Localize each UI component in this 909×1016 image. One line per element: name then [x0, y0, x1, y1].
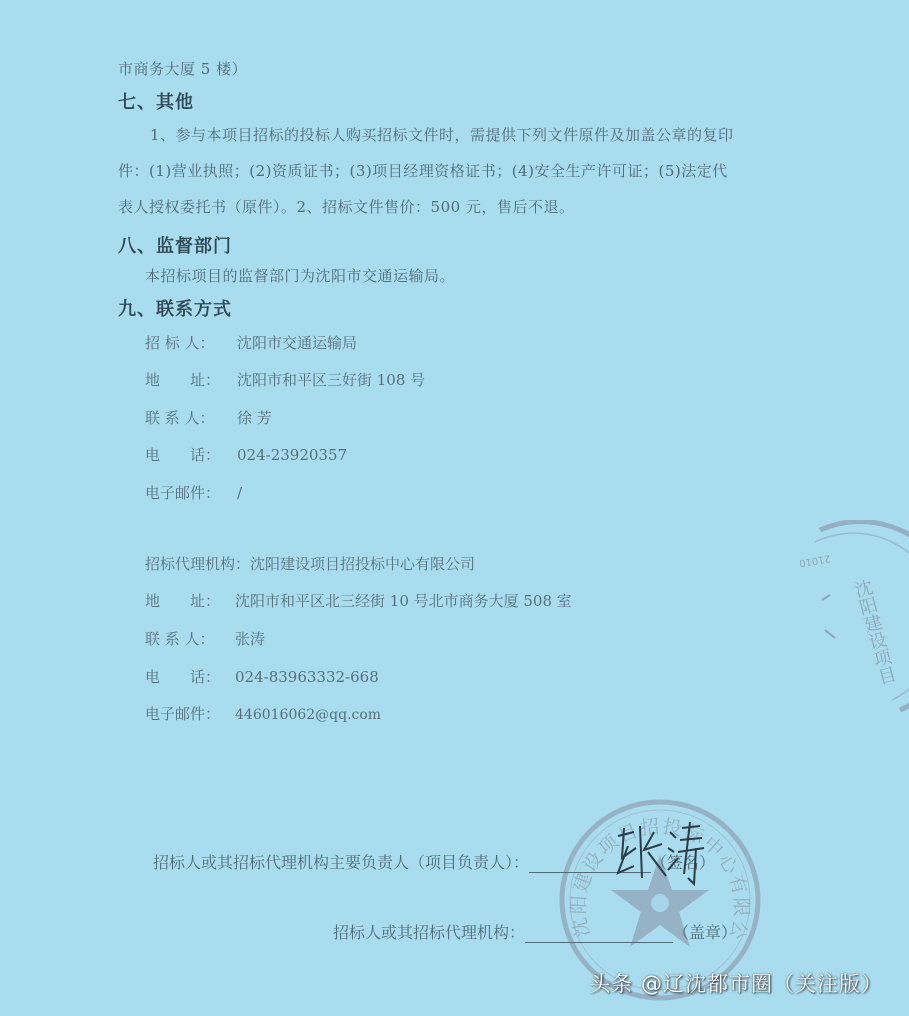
agency-phone-label: 电 话：	[145, 666, 235, 687]
document-page: 市商务大厦 5 楼） 七、其他 1、参与本项目招标的投标人购买招标文件时，需提供…	[0, 0, 909, 1016]
agency-address-label: 地 址：	[145, 590, 235, 611]
section-8-heading: 八、监督部门	[118, 232, 232, 258]
tenderer-contact-row: 联 系 人：徐 芳	[145, 407, 272, 428]
section-7-para-line-2: 件：(1)营业执照；(2)资质证书；(3)项目经理资格证书；(4)安全生产许可证…	[118, 160, 728, 181]
svg-text:沈阳建设项目: 沈阳建设项目	[850, 577, 898, 687]
section-7-para-line-1: 1、参与本项目招标的投标人购买招标文件时，需提供下列文件原件及加盖公章的复印	[150, 124, 734, 145]
tenderer-address-value: 沈阳市和平区三好街 108 号	[237, 371, 425, 389]
tenderer-name-label: 招 标 人：	[145, 332, 237, 353]
agency-name-value: 沈阳建设项目招投标中心有限公司	[250, 555, 475, 573]
section-7-para-line-3: 表人授权委托书（原件）。2、招标文件售价：500 元，售后不退。	[118, 196, 574, 217]
tenderer-email-label: 电子邮件：	[145, 482, 237, 503]
agency-address-value: 沈阳市和平区北三经街 10 号北市商务大厦 508 室	[235, 592, 572, 610]
agency-contact-row: 联 系 人：张涛	[145, 628, 265, 649]
tenderer-address-row: 地 址：沈阳市和平区三好街 108 号	[145, 369, 425, 390]
agency-email-value: 446016062@qq.com	[235, 707, 381, 723]
agency-phone-value: 024-83963332-668	[235, 668, 379, 686]
organization-label: 招标人或其招标代理机构：	[333, 923, 525, 942]
tenderer-contact-label: 联 系 人：	[145, 407, 237, 428]
agency-contact-value: 张涛	[235, 630, 265, 648]
toutiao-watermark: 头条 @辽沈都市圈（关注版）	[589, 968, 883, 998]
responsible-signature-field	[529, 852, 651, 873]
organization-suffix: （盖章）	[673, 923, 737, 942]
section-7-heading: 七、其他	[118, 88, 194, 114]
section-9-heading: 九、联系方式	[118, 295, 232, 321]
agency-name-label: 招标代理机构：	[145, 555, 250, 573]
tenderer-name-row: 招 标 人：沈阳市交通运输局	[145, 332, 357, 353]
responsible-label: 招标人或其招标代理机构主要负责人（项目负责人）：	[153, 853, 529, 872]
agency-address-row: 地 址：沈阳市和平区北三经街 10 号北市商务大厦 508 室	[145, 590, 572, 611]
tenderer-email-row: 电子邮件：/	[145, 482, 242, 503]
tenderer-phone-label: 电 话：	[145, 444, 237, 465]
responsible-suffix: （签名）	[651, 853, 715, 872]
svg-text:210102: 210102	[800, 552, 831, 569]
tenderer-name-value: 沈阳市交通运输局	[237, 334, 357, 352]
tenderer-phone-row: 电 话：024-23920357	[145, 444, 347, 465]
organization-seal-row: 招标人或其招标代理机构：（盖章）	[333, 920, 737, 943]
tenderer-phone-value: 024-23920357	[237, 446, 347, 464]
agency-contact-label: 联 系 人：	[145, 628, 235, 649]
tenderer-address-label: 地 址：	[145, 369, 237, 390]
partial-seal-stamp-icon: 210102 沈阳建设项目	[800, 520, 909, 720]
agency-phone-row: 电 话：024-83963332-668	[145, 666, 379, 687]
organization-seal-field	[525, 922, 673, 943]
tenderer-contact-value: 徐 芳	[237, 409, 272, 427]
agency-email-label: 电子邮件：	[145, 703, 235, 724]
continuation-text: 市商务大厦 5 楼）	[118, 58, 247, 79]
responsible-signature-row: 招标人或其招标代理机构主要负责人（项目负责人）：（签名）	[153, 850, 715, 873]
agency-name-row: 招标代理机构：沈阳建设项目招投标中心有限公司	[145, 553, 475, 574]
section-8-text: 本招标项目的监督部门为沈阳市交通运输局。	[145, 265, 455, 286]
agency-email-row: 电子邮件：446016062@qq.com	[145, 703, 381, 724]
tenderer-email-value: /	[237, 484, 242, 502]
